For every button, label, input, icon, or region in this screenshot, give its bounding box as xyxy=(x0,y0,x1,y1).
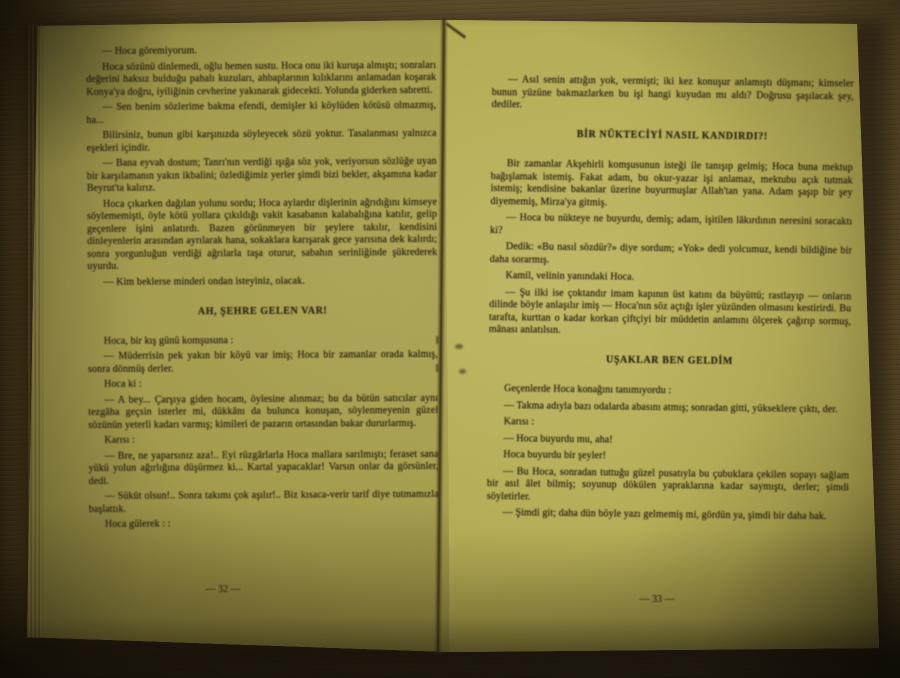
right-page-heading: BİR NÜKTECİYİ NASIL KANDIRDI?! xyxy=(491,127,853,144)
left-page-dialog: — Sen benim sözlerime bakma efendi, demi… xyxy=(86,100,436,127)
right-page-label: Geçenlerde Hoca konağını tanımıyordu : xyxy=(488,383,850,400)
right-page-heading: UŞAKLAR BEN GELDİM xyxy=(488,352,850,369)
left-page-dialog: — A bey... Çarşıya giden hocam, öylesine… xyxy=(88,392,438,432)
left-page-label: Hoca, bir kış günü komşusuna : xyxy=(88,333,438,348)
left-page-dialog: — Sükût olsun!.. Sonra takımı çok aşılır… xyxy=(89,489,439,516)
right-page-label: Hoca buyurdu bir şeyler! xyxy=(487,449,849,466)
left-page-para: Hoca sözünü dinlemedi, oğlu hemen sustu.… xyxy=(86,59,436,99)
left-page-heading: AH, ŞEHRE GELEN VAR! xyxy=(88,305,438,320)
ink-smudge xyxy=(455,344,463,349)
left-page-label: Hoca gülerek : : xyxy=(89,517,439,532)
right-page-label: — Hoca buyurdu mu, aha! xyxy=(487,432,849,449)
right-page-text: — Asıl senin attığın yok, vermişti; iki … xyxy=(487,74,854,528)
right-page-dialog: — Bu Hoca, sonradan tuttuğu güzel pusatı… xyxy=(487,465,849,507)
right-page-number: — 33 — xyxy=(492,594,822,605)
left-page-label: Hoca ki : xyxy=(88,377,438,392)
right-page-label: Karısı : xyxy=(488,416,850,433)
right-page-label: Kamil, velinin yanındaki Hoca. xyxy=(489,270,851,287)
left-page-dialog: — Hoca göremiyorum. xyxy=(86,44,436,59)
left-page-para: Bilirsiniz, bunun gibi karşınızda söyley… xyxy=(87,128,437,155)
right-page-dialog: — Hoca bu nükteye ne buyurdu, demiş; ada… xyxy=(490,212,852,241)
left-page-dialog: — Bana eyvah dostum; Tanrı'nın verdiği ı… xyxy=(87,156,437,196)
left-page-dialog: — Müderrisin pek yakın bir köyü var imiş… xyxy=(88,349,438,376)
right-page-para: — Şu ilki ise çoktandır imam kapının üst… xyxy=(489,286,852,340)
left-page-dialog: — Bre, ne yaparsınız aza!.. Eyi rüzgârla… xyxy=(88,448,438,488)
page-stack-edge xyxy=(27,24,43,638)
right-page-para: — Asıl senin attığın yok, vermişti; iki … xyxy=(492,74,854,116)
left-page-para: Hoca çıkarken dağılan yolunu sordu; Hoca… xyxy=(87,196,437,273)
left-page-text: — Hoca göremiyorum.Hoca sözünü dinlemedi… xyxy=(86,44,439,535)
ink-smudge xyxy=(459,369,466,374)
right-page-dialog: Dedik: «Bu nasıl sözdür?» diye sordum; «… xyxy=(490,241,852,270)
photo-scene: — Hoca göremiyorum.Hoca sözünü dinlemedi… xyxy=(0,0,900,678)
left-page-label: Karısı : xyxy=(88,433,438,448)
right-page-para: Bir zamanlar Akşehirli komşusunun isteği… xyxy=(490,158,853,212)
right-page-dialog: — Takma adıyla bazı odalarda abasını atm… xyxy=(488,399,850,416)
left-page-number: — 32 — xyxy=(58,584,388,595)
right-page-dialog: — Şimdi git; daha dün böyle yazı gelmemi… xyxy=(487,507,849,524)
left-page-dialog: — Kim beklerse minderi ondan isteyiniz, … xyxy=(87,274,437,289)
